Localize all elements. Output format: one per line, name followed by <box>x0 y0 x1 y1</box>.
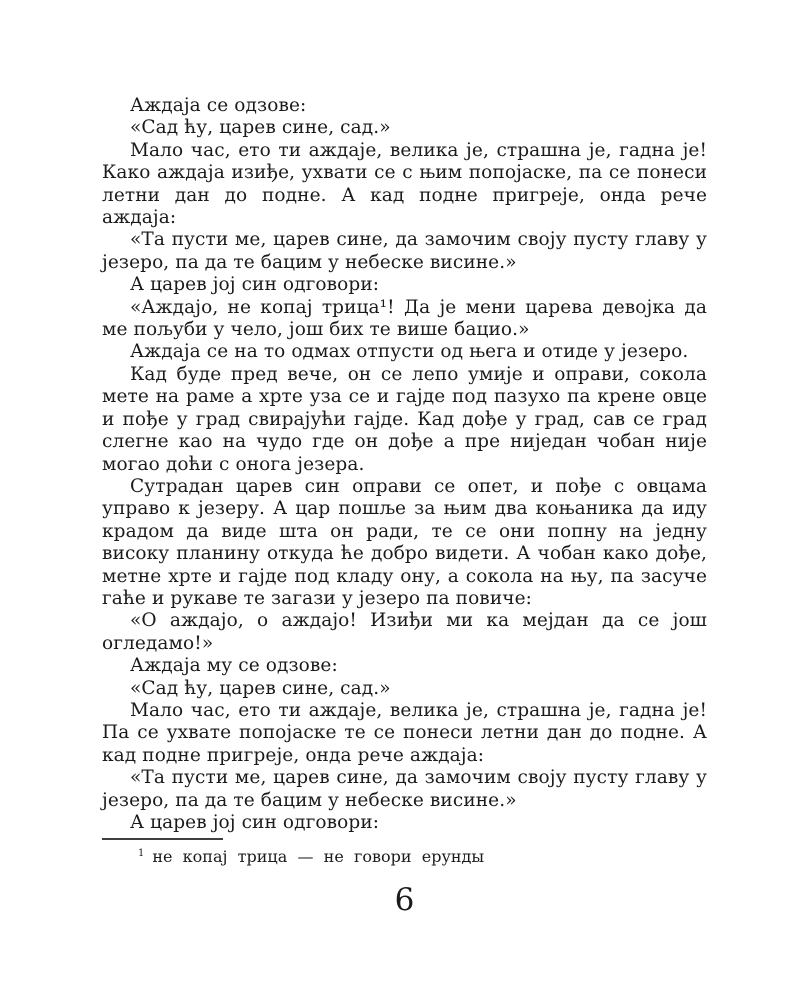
footnote-marker: 1 <box>138 848 144 859</box>
paragraph: А царев јој син одговори: <box>102 812 707 834</box>
footnote-separator <box>102 838 223 840</box>
paragraph: «Та пусти ме, царев сине, да замочим сво… <box>102 229 707 274</box>
paragraph: «Аждајо, не копај трица¹! Да је мени цар… <box>102 297 707 342</box>
paragraph: «Та пусти ме, царев сине, да замочим сво… <box>102 767 707 812</box>
paragraph: Аждаја се на то одмах отпусти од њега и … <box>102 341 707 363</box>
paragraph: Мало час, ето ти аждаје, велика је, стра… <box>102 140 707 230</box>
page-number: 6 <box>102 882 707 918</box>
paragraph: Аждаја му се одзове: <box>102 655 707 677</box>
footnote: 1не копај трица — не говори ерунды <box>102 847 707 867</box>
book-page: Аждаја се одзове:«Сад ћу, царев сине, са… <box>0 0 800 1000</box>
paragraph: Кад буде пред вече, он се лепо умије и о… <box>102 364 707 476</box>
paragraph: Аждаја се одзове: <box>102 95 707 117</box>
paragraph: «О аждајо, о аждајо! Изиђи ми ка мејдан … <box>102 610 707 655</box>
paragraph: Мало час, ето ти аждаје, велика је, стра… <box>102 700 707 767</box>
paragraph: «Сад ћу, царев сине, сад.» <box>102 117 707 139</box>
paragraph: А царев јој син одговори: <box>102 274 707 296</box>
paragraph: Сутрадан царев син оправи се опет, и пођ… <box>102 476 707 610</box>
paragraph: «Сад ћу, царев сине, сад.» <box>102 678 707 700</box>
footnote-text: не копај трица — не говори ерунды <box>152 847 484 866</box>
story-text: Аждаја се одзове:«Сад ћу, царев сине, са… <box>102 95 707 834</box>
